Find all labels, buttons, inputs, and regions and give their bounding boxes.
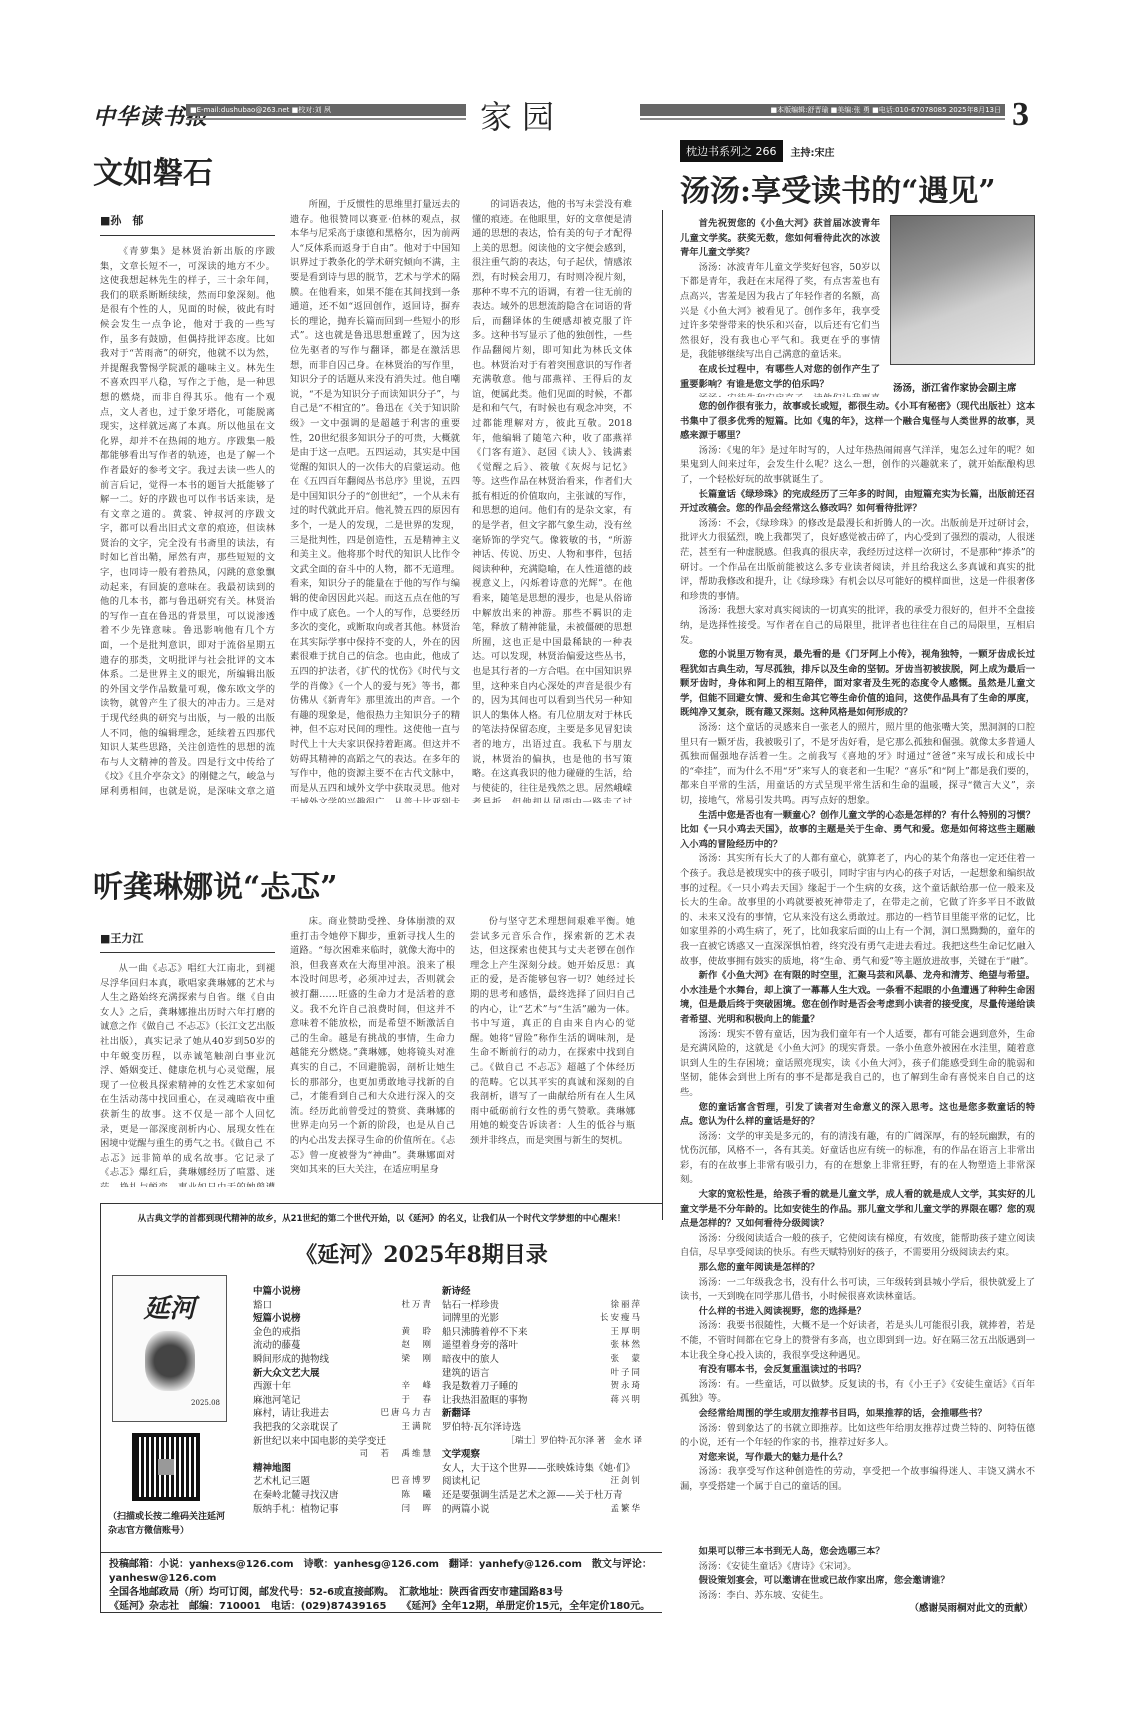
toc-author: 叶子同: [610, 1367, 642, 1381]
question: 首先祝贺您的《小鱼大河》获首届冰波青年儿童文学奖。获奖无数，您如何看待此次的冰波…: [680, 217, 880, 261]
article-title-wen-ru-pan-shi: 文如磐石: [93, 148, 213, 192]
toc-title: 我把我的父亲耽误了: [253, 1421, 339, 1435]
masthead-right-info: ■本版编辑:舒晋瑜 ■美编:张 勇 ■电话:010-67078085 2025年…: [640, 104, 1005, 116]
masthead-left-bar: ■E-mail:dushubao@263.net ■校对:刘 夙: [186, 104, 466, 120]
paragraph: 所囿，于反惯性的思维里打量远去的遗存。他很赞同以赛亚·伯林的观点，叔本华与尼采高…: [290, 198, 460, 803]
toc-item: 还是要强调生活是艺术之源——关于杜万青: [442, 1489, 642, 1503]
paragraph: 从一曲《忐忑》唱红大江南北，到褪尽浮华回归本真，歌唱家龚琳娜的艺术与人生之路始终…: [100, 962, 275, 1187]
question: 会经常给周围的学生或朋友推荐书目吗，如果推荐的话，会推哪些书？: [680, 1407, 1035, 1422]
toc-item: 麻村，请让我进去巴唐乌力吉: [253, 1407, 433, 1421]
toc-section-header: 新大众文艺大展: [253, 1367, 433, 1381]
toc-title: 豁口: [253, 1299, 272, 1313]
masthead-left-info: ■E-mail:dushubao@263.net ■校对:刘 夙: [186, 104, 466, 116]
toc-title: 暗夜中的旅人: [442, 1353, 499, 1367]
answer: 汤汤：一二年级我念书，没有什么书可读，三年级转到县城小学后，很快就爱上了读书，一…: [680, 1276, 1035, 1305]
cover-artwork: [145, 1331, 195, 1391]
toc-title: 的两篇小说: [442, 1503, 490, 1517]
paragraph: 的词语表达，他的书写未尝没有难懂的痕迹。在他眼里，好的文章便是清通的思想的表达，…: [472, 198, 632, 803]
toc-author: 司 若 禹维慧: [359, 1448, 433, 1462]
author-photo: [890, 215, 1035, 365]
toc-item: 豁口杜万青: [253, 1299, 433, 1313]
toc-title: 让我热泪盈眶的事物: [442, 1394, 528, 1408]
toc-author: 孟繁华: [610, 1503, 642, 1517]
paragraph: 份与坚守艺术理想间艰难平衡。她尝试多元音乐合作，探索新的艺术表达，但这探索也使其…: [470, 915, 635, 1149]
qa-intro: 首先祝贺您的《小鱼大河》获首届冰波青年儿童文学奖。获奖无数，您如何看待此次的冰波…: [680, 217, 880, 397]
column-divider: [662, 210, 663, 1220]
toc-author: 于 春: [401, 1394, 433, 1408]
article3-column-2: 床。商业赞助受挫、身体崩溃的双重打击令她停下脚步，重新寻找人生的道路。“每次困难…: [290, 915, 455, 1187]
toc-item: 麻池河笔记于 春: [253, 1394, 433, 1408]
ad-slogan: 从古典文学的首都到现代精神的故乡，从21世纪的第二个世代开始，以《延河》的名义，…: [101, 1212, 662, 1224]
answer: 汤汤：不会，《绿珍珠》的修改是最漫长和折腾人的一次。出版前是开过研讨会，批评火力…: [680, 517, 1035, 605]
subscription-info: 全国各地邮政局（所）均可订阅，邮发代号：52-6或直接邮购。 汇款地址：陕西省西…: [109, 1586, 654, 1600]
toc-author: 巴唐乌力吉: [380, 1407, 433, 1421]
article-title-gong-linna: 听龚琳娜说“忐忑”: [93, 862, 338, 906]
question: 您的小说里万物有灵，最先看的是《门牙阿上小传》，视角独特，一颗牙齿成长过程犹如古…: [680, 648, 1035, 721]
toc-title: 版纳手札：植物记事: [253, 1503, 339, 1517]
question: 在成长过程中，有哪些人对您的创作产生了重要影响？有谁是您文学的伯乐吗？: [680, 363, 880, 392]
toc-item: 艺术札记三题巴音博罗: [253, 1475, 433, 1489]
toc-author: 杜万青: [401, 1299, 433, 1313]
toc-item: 暗夜中的旅人张 蒙: [442, 1353, 642, 1367]
toc-item: 我是数着刀子睡的贺永琦: [442, 1380, 642, 1394]
byline-wang-lijiang: ■王力江: [100, 930, 143, 946]
masthead-rule: [640, 118, 1005, 120]
qa-body: 您的创作很有张力，故事或长或短，都很生动。《小耳有秘密》（现代出版社）这本书集中…: [680, 400, 1035, 1545]
answer: 汤汤：这个童话的灵感来自一张老人的照片，照片里的他张嘴大笑，黑洞洞的口腔里只有一…: [680, 721, 1035, 809]
question: 生活中您是否也有一颗童心？创作儿童文学的心态是怎样的？有什么特别的习惯？比如《一…: [680, 809, 1035, 853]
contact-info: 《延河》杂志社 邮编：710001 电话：(029)87439165 《延河》全…: [109, 1600, 654, 1614]
question: 什么样的书进入阅读视野，您的选择是？: [680, 1305, 1035, 1320]
ad-title: 《延河》2025年8期目录: [181, 1238, 662, 1269]
section-title: 家园: [480, 92, 564, 138]
series-header: 枕边书系列之 266 主持:宋庄: [680, 140, 835, 162]
cover-masthead: 延河: [113, 1288, 226, 1325]
toc-author: 赵 刚: [401, 1339, 433, 1353]
toc-section-header: 中篇小说榜: [253, 1285, 433, 1299]
byline-rule: [100, 952, 275, 953]
toc-title: 词牌里的光影: [442, 1312, 499, 1326]
toc-left: 中篇小说榜 豁口杜万青 短篇小说榜 金色的戒指黄 聆 流动的藤蔓赵 刚 瞬间形成…: [253, 1285, 433, 1516]
byline-rule: [100, 235, 275, 236]
toc-right: 新诗经 钻石一样珍贵徐丽萍 词牌里的光影长安瘦马 船只沸腾着停不下来王厚明 遥望…: [442, 1285, 642, 1516]
toc-item: 我把我的父亲耽误了王满院: [253, 1421, 433, 1435]
answer: 汤汤：有。一些童话，可以做梦。反复读的书，有《小王子》《安徒生童话》《百年孤独》…: [680, 1378, 1035, 1407]
byline-sun-yu: ■孙 郁: [100, 212, 143, 228]
question: 有没有哪本书，会反复重温读过的书吗？: [680, 1363, 1035, 1378]
toc-item: 女人，大于这个世界——张映姝诗集《她·们》: [442, 1462, 642, 1476]
toc-author: 张林然: [610, 1339, 642, 1353]
masthead-rule: [186, 118, 466, 120]
photo-caption: 汤汤，浙江省作家协会副主席: [893, 380, 1017, 394]
toc-item: 版纳手札：植物记事闫 晖: [253, 1503, 433, 1517]
toc-author: 张 蒙: [610, 1353, 642, 1367]
toc-title: 钻石一样珍贵: [442, 1299, 499, 1313]
toc-title: 麻村，请让我进去: [253, 1407, 329, 1421]
toc-section-header: 新翻译: [442, 1407, 642, 1421]
question: 那么您的童年阅读是怎样的？: [680, 1261, 1035, 1276]
paragraph: 《青萝集》是林贤治新出版的序跋集，文章长短不一，可深读的地方不少。这使我想起林先…: [100, 245, 275, 800]
article3-column-3: 份与坚守艺术理想间艰难平衡。她尝试多元音乐合作，探索新的艺术表达，但这探索也使其…: [470, 915, 635, 1187]
answer: 汤汤：冰波青年儿童文学奖好包容，50岁以下都是青年，我赶在末尾得了奖，有点害羞也…: [680, 261, 880, 363]
toc-item: 瞬间形成的抛物线梁 刚: [253, 1353, 433, 1367]
series-tag: 枕边书系列之 266: [680, 140, 783, 162]
toc-author: ［瑞士］罗伯特·瓦尔泽 著 金水 译: [506, 1435, 642, 1449]
toc-item: 新世纪以来中国电影的美学变迁: [253, 1435, 433, 1449]
answer: 汤汤：《安徒生童话》《唐诗》《宋词》。: [680, 1560, 1035, 1575]
submission-emails: 投稿邮箱：小说：yanhexs@126.com 诗歌：yanhesg@126.c…: [109, 1558, 654, 1586]
toc-title: 遥望着身旁的落叶: [442, 1339, 518, 1353]
ad-footer: 投稿邮箱：小说：yanhexs@126.com 诗歌：yanhesg@126.c…: [100, 1553, 662, 1613]
toc-title: 瞬间形成的抛物线: [253, 1353, 329, 1367]
article-title-tangtang: 汤汤:享受读书的“遇见”: [680, 166, 996, 210]
toc-author: 徐丽萍: [610, 1299, 642, 1313]
toc-title: 女人，大于这个世界——张映姝诗集《她·们》: [442, 1462, 635, 1476]
toc-item: ［瑞士］罗伯特·瓦尔泽 著 金水 译: [442, 1435, 642, 1449]
question: 大家的宽松性是，给孩子看的就是儿童文学，成人看的就是成人文学，其实好的儿童文学是…: [680, 1188, 1035, 1232]
answer: 汤汤：分级阅读适合一般的孩子，它使阅读有梯度，有效度，能帮助孩子建立阅读自信，尽…: [680, 1232, 1035, 1261]
paragraph: 床。商业赞助受挫、身体崩溃的双重打击令她停下脚步，重新寻找人生的道路。“每次困难…: [290, 915, 455, 1178]
question: 您的童话富含哲理，引发了读者对生命意义的深入思考。这也是您多数童话的特点。您认为…: [680, 1101, 1035, 1130]
article1-column-3: 的词语表达，他的书写未尝没有难懂的痕迹。在他眼里，好的文章便是清通的思想的表达，…: [472, 198, 632, 803]
toc-item: 建筑的语言叶子同: [442, 1367, 642, 1381]
toc-item: 的两篇小说孟繁华: [442, 1503, 642, 1517]
toc-section-header: 文学观察: [442, 1448, 642, 1462]
credit-note: （感谢吴雨桐对此文的贡献）: [909, 1600, 1033, 1614]
answer: 汤汤：现实不曾有童话，因为我们童年有一个人适要，都有可能会遇到意外，生命是充满风…: [680, 1028, 1035, 1101]
toc-item: 在秦岭北麓寻找汉唐陈 曦: [253, 1489, 433, 1503]
qr-logo: [158, 1459, 174, 1475]
article3-column-1: 从一曲《忐忑》唱红大江南北，到褪尽浮华回归本真，歌唱家龚琳娜的艺术与人生之路始终…: [100, 962, 275, 1187]
toc-item: 西源十年辛 峰: [253, 1380, 433, 1394]
toc-title: 新世纪以来中国电影的美学变迁: [253, 1435, 386, 1449]
toc-title: 在秦岭北麓寻找汉唐: [253, 1489, 339, 1503]
toc-title: 建筑的语言: [442, 1367, 490, 1381]
toc-item: 钻石一样珍贵徐丽萍: [442, 1299, 642, 1313]
toc-author: 辛 峰: [401, 1380, 433, 1394]
toc-item: 词牌里的光影长安瘦马: [442, 1312, 642, 1326]
question: 长篇童话《绿珍珠》的完成经历了三年多的时间，由短篇充实为长篇，出版前还召开过改稿…: [680, 488, 1035, 517]
question: 假设策划宴会，可以邀请在世或已故作家出席，您会邀请谁？: [680, 1574, 1035, 1589]
magazine-cover: 延河 2025.08: [112, 1275, 227, 1422]
toc-author: 长安瘦马: [600, 1312, 642, 1326]
toc-title: 船只沸腾着停不下来: [442, 1326, 528, 1340]
toc-item: 司 若 禹维慧: [253, 1448, 433, 1462]
answer: 汤汤：其实所有长大了的人都有童心，就算老了，内心的某个角落也一定还住着一个孩子。…: [680, 852, 1035, 969]
answer: 汤汤：文学的审美是多元的，有的清浅有趣，有的广阔深厚，有的轻玩幽默，有的忧伤沉郁…: [680, 1130, 1035, 1188]
toc-author: 黄 聆: [401, 1326, 433, 1340]
toc-title: 阅读札记: [442, 1475, 480, 1489]
toc-section-header: 精神地图: [253, 1462, 433, 1476]
masthead-right-bar: ■本版编辑:舒晋瑜 ■美编:张 勇 ■电话:010-67078085 2025年…: [640, 104, 1005, 120]
toc-title: 西源十年: [253, 1380, 291, 1394]
answer: 汤汤：我想大家对真实阅读的一切真实的批评，我的承受力很好的，但并不全盘接纳，是选…: [680, 604, 1035, 648]
toc-title: 我是数着刀子睡的: [442, 1380, 518, 1394]
question: 新作《小鱼大河》在有限的时空里，汇聚马芸和风暴、龙舟和清芳、绝望与希望。小水洼是…: [680, 969, 1035, 1027]
question: 您的创作很有张力，故事或长或短，都很生动。《小耳有秘密》（现代出版社）这本书集中…: [680, 400, 1035, 444]
toc-title: 艺术札记三题: [253, 1475, 310, 1489]
toc-item: 金色的戒指黄 聆: [253, 1326, 433, 1340]
answer: 汤汤：安徒生和安房直子。读他们让我更真切地知道，童话是适合人的一生中任何年龄阶段…: [680, 392, 880, 397]
toc-title: 还是要强调生活是艺术之源——关于杜万青: [442, 1489, 623, 1503]
cover-issue: 2025.08: [113, 1399, 220, 1407]
toc-item: 让我热泪盈眶的事物蒋兴明: [442, 1394, 642, 1408]
question: 如果可以带三本书到无人岛，您会选哪三本？: [680, 1545, 1035, 1560]
toc-section-header: 短篇小说榜: [253, 1312, 433, 1326]
toc-author: 蒋兴明: [610, 1394, 642, 1408]
answer: 汤汤：曾到象达了的书就立即推荐。比如这些年给朋友推荐过费兰特的、阿特伍德的小说，…: [680, 1422, 1035, 1451]
page-number: 3: [1012, 96, 1029, 134]
toc-title: 罗伯特·瓦尔泽诗选: [442, 1421, 521, 1435]
toc-title: 麻池河笔记: [253, 1394, 301, 1408]
toc-author: 王厚明: [610, 1326, 642, 1340]
answer: 汤汤：《鬼的年》是过年时写的，人过年热热闹闹喜气洋洋，鬼怎么过年的呢？如果鬼到人…: [680, 444, 1035, 488]
toc-item: 船只沸腾着停不下来王厚明: [442, 1326, 642, 1340]
answer: 汤汤：我享受写作这种创造性的劳动，享受把一个故事编得迷人、丰饶又满水不漏，享受搭…: [680, 1465, 1035, 1494]
toc-item: 遥望着身旁的落叶张林然: [442, 1339, 642, 1353]
qr-code[interactable]: [132, 1433, 200, 1501]
toc-item: 流动的藤蔓赵 刚: [253, 1339, 433, 1353]
question: 对您来说，写作最大的魅力是什么？: [680, 1451, 1035, 1466]
toc-item: 阅读札记汪剑钊: [442, 1475, 642, 1489]
host-label: 主持:宋庄: [791, 144, 835, 159]
answer: 汤汤：我要书很随性，大概不是一个好读者，若是头儿可能很引我，就捧着，若是不能，不…: [680, 1319, 1035, 1363]
toc-section-header: 新诗经: [442, 1285, 642, 1299]
toc-author: 王满院: [401, 1421, 433, 1435]
article1-column-2: 所囿，于反惯性的思维里打量远去的遗存。他很赞同以赛亚·伯林的观点，叔本华与尼采高…: [290, 198, 460, 803]
article1-column-1: 《青萝集》是林贤治新出版的序跋集，文章长短不一，可深读的地方不少。这使我想起林先…: [100, 245, 275, 800]
toc-title: 金色的戒指: [253, 1326, 301, 1340]
toc-author: 贺永琦: [610, 1380, 642, 1394]
toc-item: 罗伯特·瓦尔泽诗选: [442, 1421, 642, 1435]
toc-author: 闫 晖: [401, 1503, 433, 1517]
qr-caption: （扫描或长按二维码关注延河杂志官方微信账号）: [108, 1510, 228, 1538]
toc-title: 流动的藤蔓: [253, 1339, 301, 1353]
toc-author: 梁 刚: [401, 1353, 433, 1367]
toc-author: 巴音博罗: [391, 1475, 433, 1489]
toc-author: 汪剑钊: [610, 1475, 642, 1489]
toc-author: 陈 曦: [401, 1489, 433, 1503]
